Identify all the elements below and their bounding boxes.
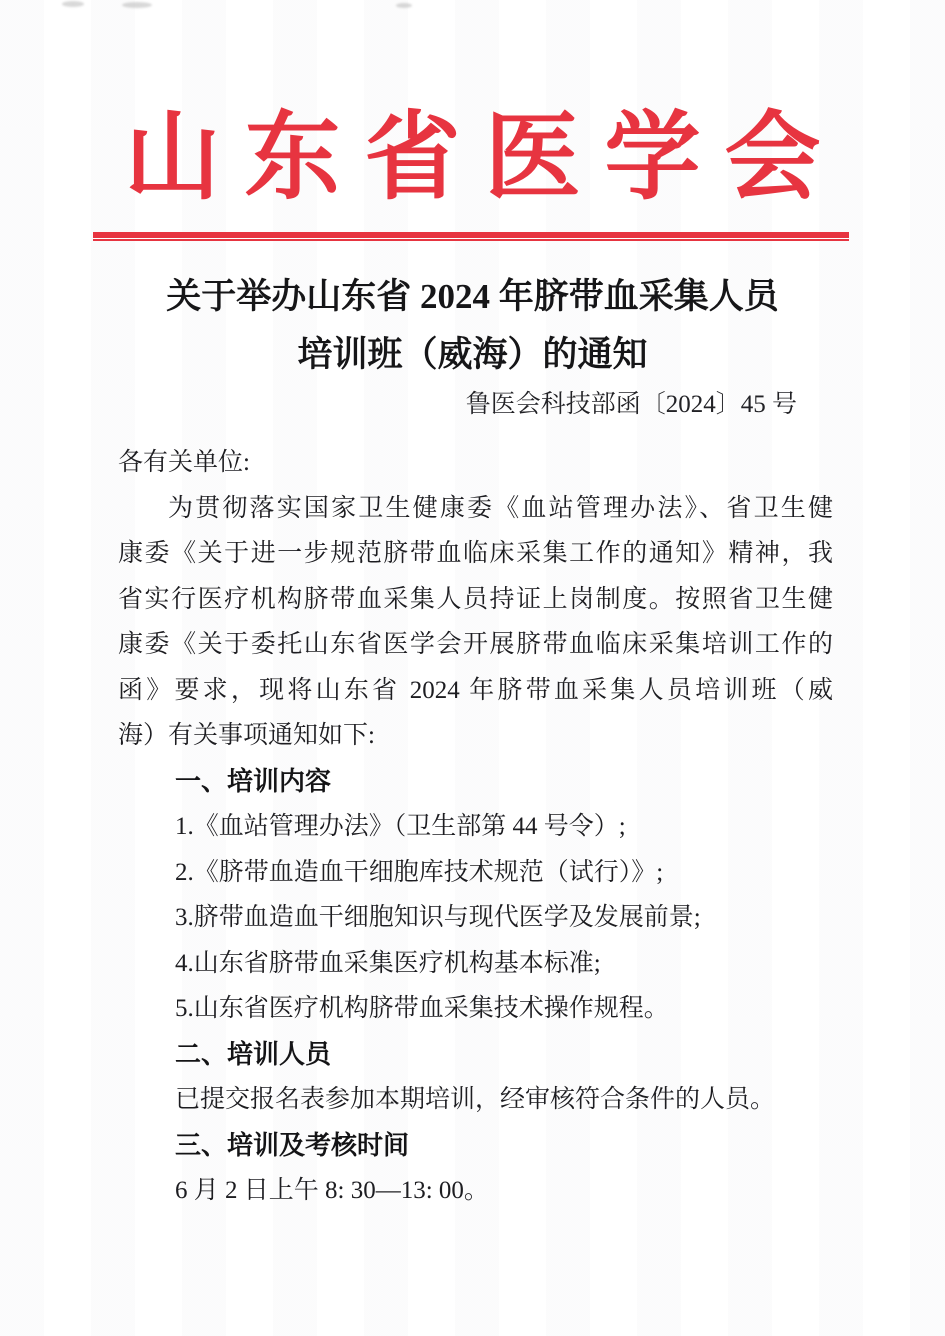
opening-paragraph-line: 省实行医疗机构脐带血采集人员持证上岗制度。按照省卫生健: [118, 577, 833, 623]
section-1-item: 1.《血站管理办法》（卫生部第 44 号令）;: [118, 804, 833, 850]
opening-paragraph-line: 函》要求，现将山东省 2024 年脐带血采集人员培训班（威: [118, 668, 833, 714]
scan-artifact-speck: [62, 1, 84, 7]
section-1-item: 2.《脐带血造血干细胞库技术规范（试行）》;: [118, 850, 833, 896]
notice-title-line2: 培训班（威海）的通知: [0, 326, 945, 384]
section-1-item: 3.脐带血造血干细胞知识与现代医学及发展前景;: [118, 895, 833, 941]
opening-paragraph-line: 康委《关于进一步规范脐带血临床采集工作的通知》精神，我: [118, 531, 833, 577]
section-1-item: 5.山东省医疗机构脐带血采集技术操作规程。: [118, 986, 833, 1032]
notice-body: 各有关单位: 为贯彻落实国家卫生健康委《血站管理办法》、省卫生健 康委《关于进一…: [118, 440, 833, 1214]
notice-title-line1: 关于举办山东省 2024 年脐带血采集人员: [0, 268, 945, 326]
opening-paragraph-line: 为贯彻落实国家卫生健康委《血站管理办法》、省卫生健: [118, 486, 833, 532]
scan-artifact-speck: [122, 2, 152, 8]
section-2-heading: 二、培训人员: [118, 1032, 833, 1078]
section-3-heading: 三、培训及考核时间: [118, 1123, 833, 1169]
opening-paragraph-line: 康委《关于委托山东省医学会开展脐带血临床采集培训工作的: [118, 622, 833, 668]
scan-artifact-speck: [396, 3, 412, 8]
letterhead-org-name: 山东省医学会: [0, 100, 945, 215]
section-3-item: 6 月 2 日上午 8: 30—13: 00。: [118, 1168, 833, 1214]
salutation: 各有关单位:: [118, 440, 833, 486]
section-1-item: 4.山东省脐带血采集医疗机构基本标准;: [118, 941, 833, 987]
section-2-item: 已提交报名表参加本期培训，经审核符合条件的人员。: [118, 1077, 833, 1123]
letterhead-divider-rule: [93, 232, 849, 241]
scanned-notice-page: 山东省医学会 关于举办山东省 2024 年脐带血采集人员 培训班（威海）的通知 …: [0, 0, 945, 1336]
opening-paragraph-line: 海）有关事项通知如下:: [118, 713, 833, 759]
notice-title: 关于举办山东省 2024 年脐带血采集人员 培训班（威海）的通知: [0, 268, 945, 384]
document-number: 鲁医会科技部函〔2024〕45 号: [466, 386, 797, 424]
section-1-heading: 一、培训内容: [118, 759, 833, 805]
